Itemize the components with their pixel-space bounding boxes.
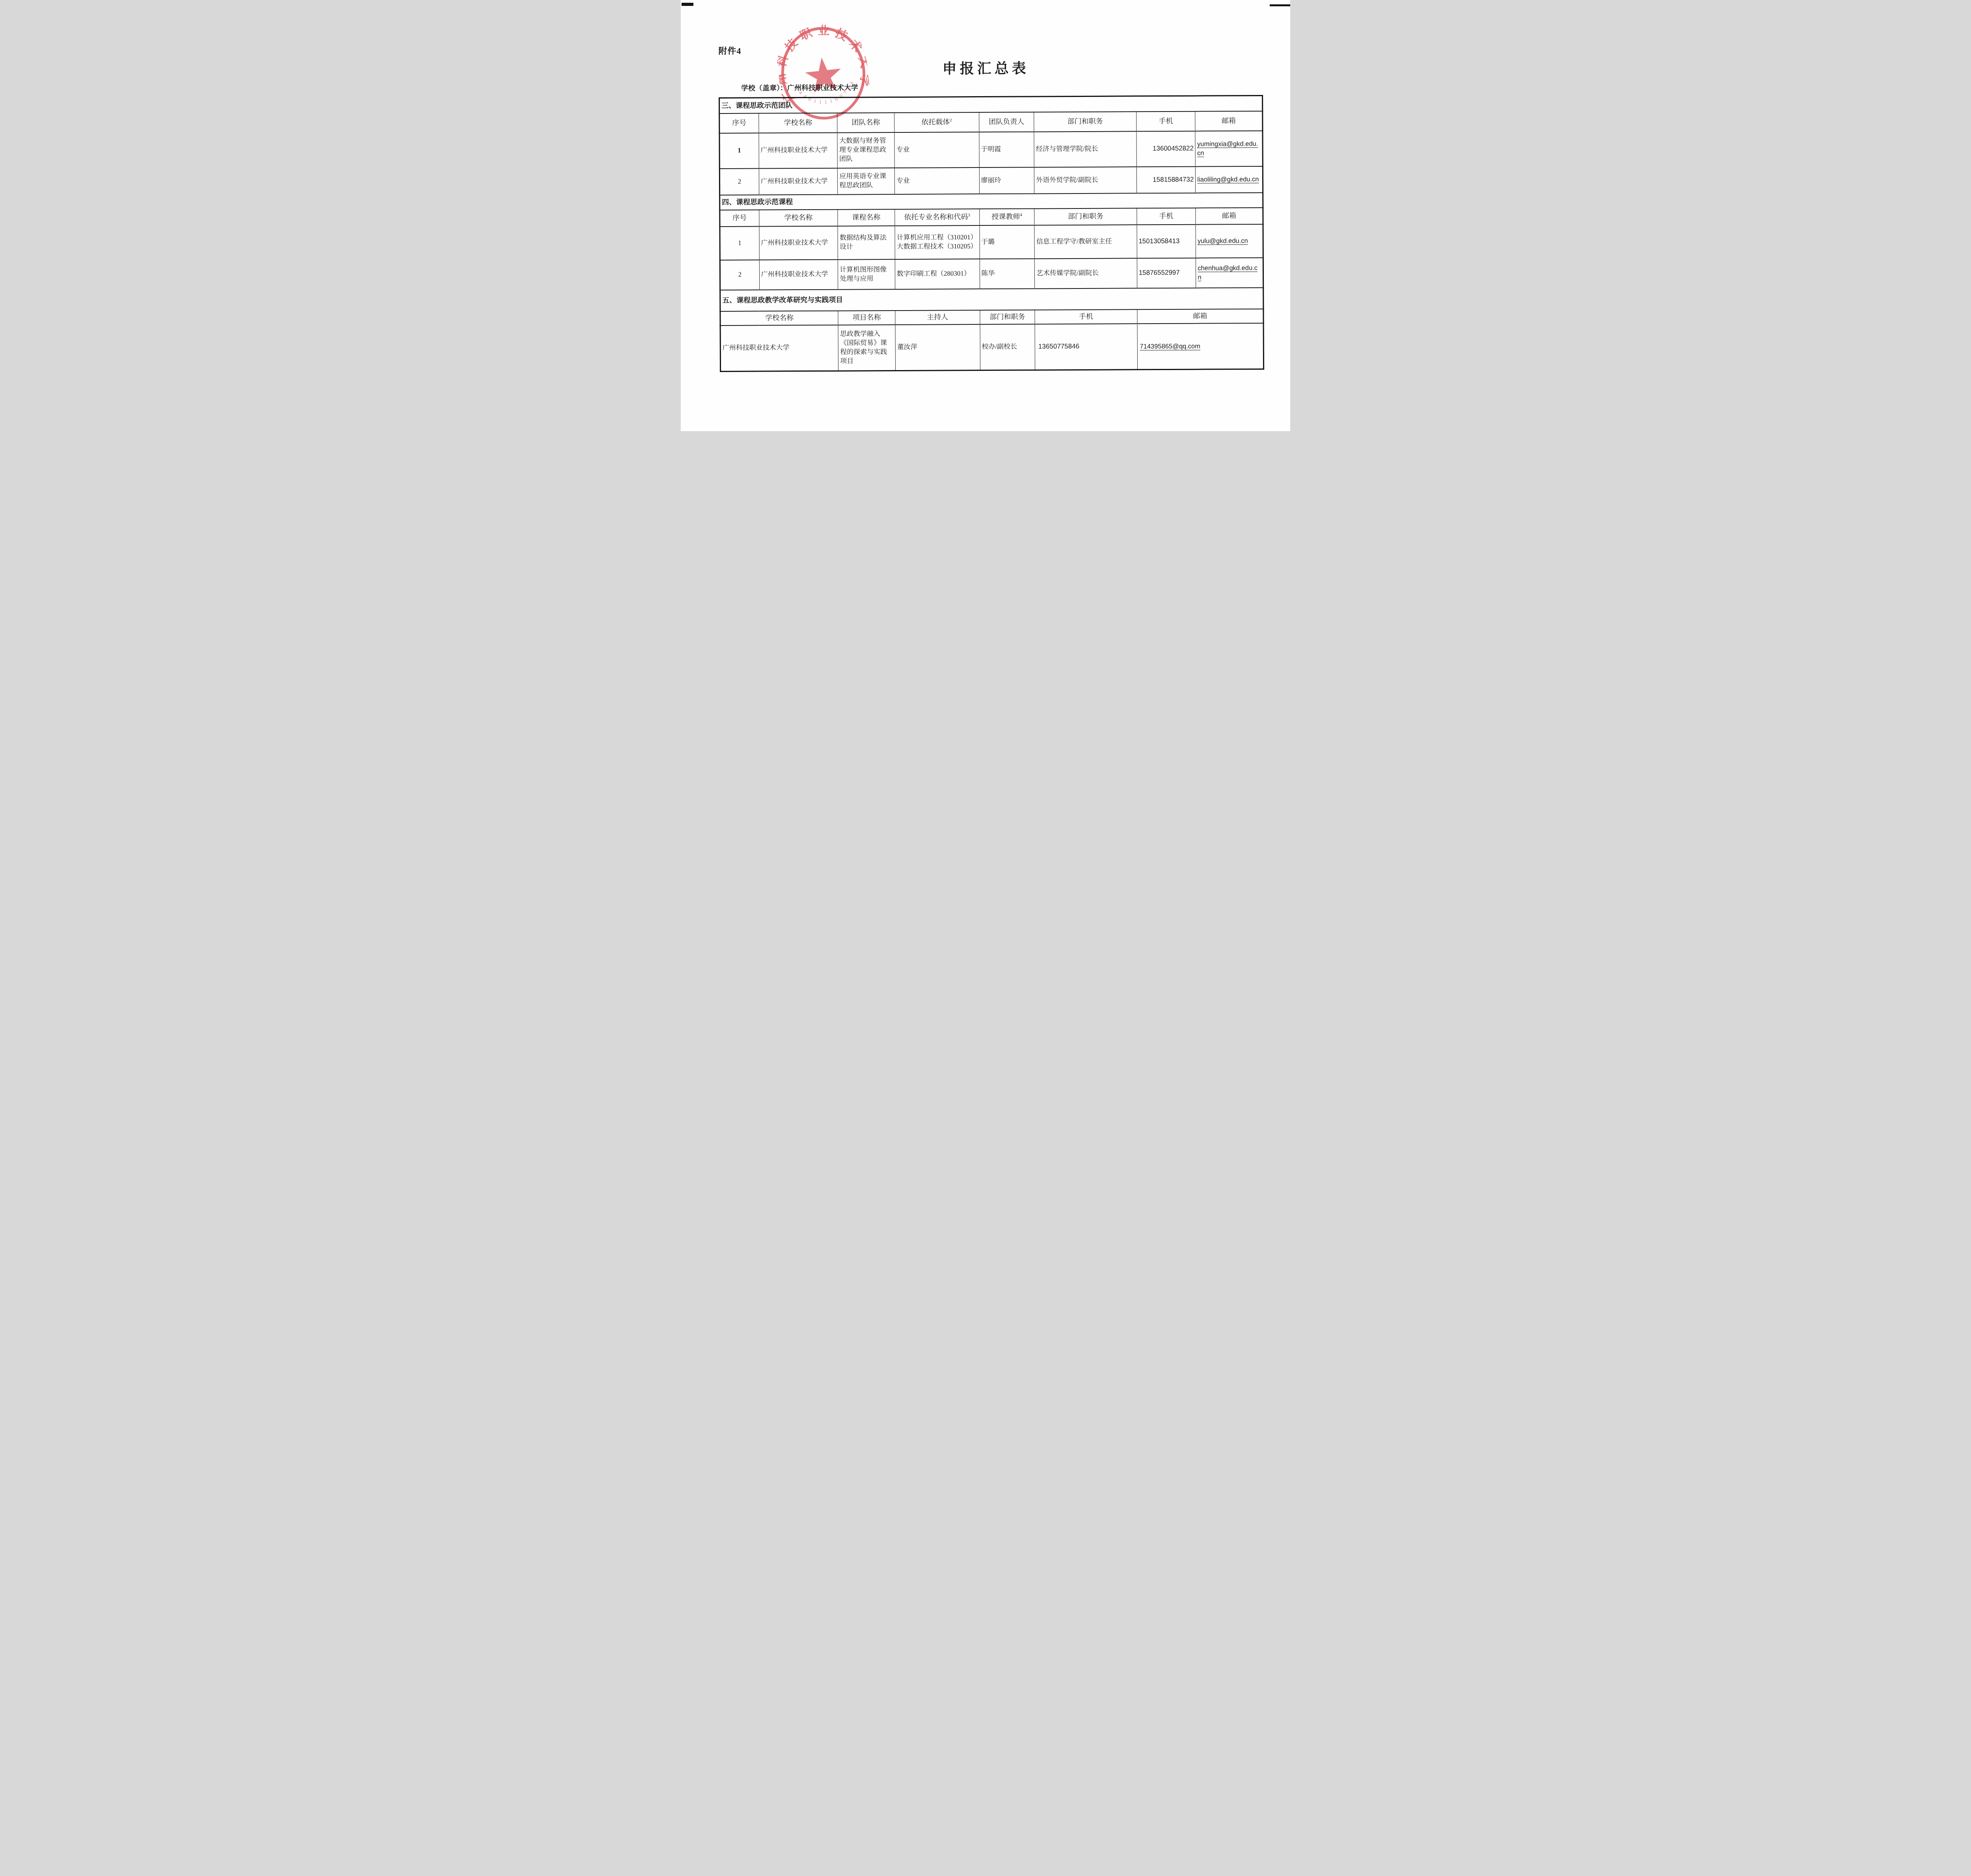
cell-carrier: 专业 <box>894 132 979 168</box>
col-header-dept: 部门和职务 <box>1034 208 1137 225</box>
cell-dept: 外语外贸学院/副院长 <box>1034 167 1137 194</box>
cell-school: 广州科技职业技术大学 <box>759 259 838 290</box>
cell-course: 计算机图形图像处理与应用 <box>838 259 895 290</box>
major-label: 依托专业名称和代码 <box>904 213 968 221</box>
email-text: yumingxia@gkd.edu.cn <box>1197 140 1258 156</box>
cell-course: 数据结构及算法设计 <box>838 226 895 260</box>
section4-title: 四、课程思政示范课程 <box>720 192 1263 210</box>
table-row: 2 广州科技职业技术大学 应用英语专业课程思政团队 专业 廖丽玲 外语外贸学院/… <box>719 166 1263 195</box>
cell-phone: 13650775846 <box>1035 324 1137 370</box>
email-text: yulu@gkd.edu.cn <box>1198 237 1248 245</box>
attachment-label: 附件4 <box>718 45 741 57</box>
school-seal-line: 学校（盖章）：广州科技职业技术大学 <box>741 82 858 93</box>
cell-no: 1 <box>719 133 759 168</box>
teacher-label: 授课教师 <box>991 213 1020 221</box>
section3-title: 三、课程思政示范团队 <box>719 95 1263 113</box>
table-row: 1 广州科技职业技术大学 大数据与财务管理专业课程思政团队 专业 于明霞 经济与… <box>719 130 1263 168</box>
email-text: 714395865@qq.com <box>1140 342 1201 350</box>
cell-email: chenhua@gkd.edu.cn <box>1196 257 1263 288</box>
col-header-email: 邮箱 <box>1195 111 1263 131</box>
cell-dept: 校办/副校长 <box>980 324 1035 370</box>
col-header-phone: 手机 <box>1137 208 1196 225</box>
col-header-course: 课程名称 <box>838 209 895 226</box>
cell-leader: 廖丽玲 <box>979 167 1034 194</box>
col-header-school: 学校名称 <box>720 311 838 325</box>
col-header-no: 序号 <box>719 113 759 133</box>
col-header-teacher: 授课教师4 <box>979 208 1034 225</box>
col-header-phone: 手机 <box>1035 309 1137 324</box>
cell-no: 2 <box>719 168 759 195</box>
section3-header-row: 序号 学校名称 团队名称 依托载体2 团队负责人 部门和职务 手机 邮箱 <box>719 111 1263 133</box>
col-header-leader: 团队负责人 <box>979 112 1034 132</box>
cell-phone: 15013058413 <box>1137 224 1196 258</box>
cell-project: 思政教学融入《国际贸易》课程的探索与实践项目 <box>838 325 895 371</box>
cell-phone: 13600452822 <box>1136 131 1196 167</box>
school-line-label: 学校（盖章）： <box>741 84 787 92</box>
col-header-no: 序号 <box>720 210 759 226</box>
col-header-host: 主持人 <box>895 310 980 325</box>
cell-leader: 于明霞 <box>979 132 1034 167</box>
cell-school: 广州科技职业技术大学 <box>720 325 838 371</box>
carrier-footnote-sup: 2 <box>950 118 952 123</box>
section5-header-row: 学校名称 项目名称 主持人 部门和职务 手机 邮箱 <box>720 309 1263 325</box>
email-text: liaoliling@gkd.edu.cn <box>1197 176 1259 183</box>
teacher-footnote-sup: 4 <box>1020 213 1022 218</box>
cell-teacher: 于璐 <box>980 225 1035 259</box>
major-footnote-sup: 3 <box>968 213 970 218</box>
school-name: 广州科技职业技术大学 <box>787 84 858 92</box>
cell-teacher: 陈华 <box>980 259 1035 289</box>
carrier-label: 依托载体 <box>921 118 950 126</box>
scanned-document-page: 附件4 申报汇总表 学校（盖章）：广州科技职业技术大学 广州科技职业技术大学 4… <box>681 0 1290 431</box>
col-header-email: 邮箱 <box>1196 207 1263 224</box>
col-header-phone: 手机 <box>1136 111 1195 131</box>
cell-phone: 15876552997 <box>1137 258 1196 288</box>
cell-team: 大数据与财务管理专业课程思政团队 <box>837 132 894 168</box>
col-header-school: 学校名称 <box>759 209 838 226</box>
cell-major: 计算机应用工程（310201）大数据工程技术（310205） <box>895 225 980 259</box>
section5-title: 五、课程思政教学改革研究与实践项目 <box>720 287 1263 311</box>
cell-major: 数字印刷工程（280301） <box>895 259 980 289</box>
col-header-major: 依托专业名称和代码3 <box>895 209 980 226</box>
table-row: 广州科技职业技术大学 思政教学融入《国际贸易》课程的探索与实践项目 董汝萍 校办… <box>720 323 1263 371</box>
cell-dept: 经济与管理学院/院长 <box>1034 131 1136 167</box>
cell-team: 应用英语专业课程思政团队 <box>838 168 895 195</box>
table-row: 2 广州科技职业技术大学 计算机图形图像处理与应用 数字印刷工程（280301）… <box>720 257 1263 290</box>
section4-header-row: 序号 学校名称 课程名称 依托专业名称和代码3 授课教师4 部门和职务 手机 邮… <box>720 207 1263 226</box>
col-header-project: 项目名称 <box>838 311 895 325</box>
cell-school: 广州科技职业技术大学 <box>759 168 838 195</box>
summary-table: 三、课程思政示范团队 序号 学校名称 团队名称 依托载体2 团队负责人 部门和职… <box>719 95 1264 372</box>
cell-school: 广州科技职业技术大学 <box>759 226 838 260</box>
col-header-dept: 部门和职务 <box>1034 112 1136 132</box>
cell-email: yumingxia@gkd.edu.cn <box>1195 130 1263 166</box>
cell-school: 广州科技职业技术大学 <box>759 132 838 168</box>
cell-phone: 15815884732 <box>1136 166 1196 193</box>
cell-host: 董汝萍 <box>895 324 980 371</box>
cell-carrier: 专业 <box>894 167 979 194</box>
col-header-email: 邮箱 <box>1137 309 1263 323</box>
email-text: chenhua@gkd.edu.cn <box>1198 264 1257 281</box>
table-row: 1 广州科技职业技术大学 数据结构及算法设计 计算机应用工程（310201）大数… <box>720 224 1263 260</box>
page-title: 申报汇总表 <box>681 56 1290 79</box>
cell-email: yulu@gkd.edu.cn <box>1196 224 1263 258</box>
col-header-dept: 部门和职务 <box>980 310 1035 324</box>
cell-dept: 信息工程学守/教研室主任 <box>1034 225 1137 259</box>
col-header-carrier: 依托载体2 <box>894 112 979 132</box>
cell-email: 714395865@qq.com <box>1137 323 1264 369</box>
cell-dept: 艺术传媒学院/副院长 <box>1035 258 1137 288</box>
cell-no: 2 <box>720 260 759 290</box>
cell-no: 1 <box>720 226 759 260</box>
col-header-school: 学校名称 <box>759 113 838 133</box>
col-header-team: 团队名称 <box>837 113 894 133</box>
cell-email: liaoliling@gkd.edu.cn <box>1196 166 1263 193</box>
